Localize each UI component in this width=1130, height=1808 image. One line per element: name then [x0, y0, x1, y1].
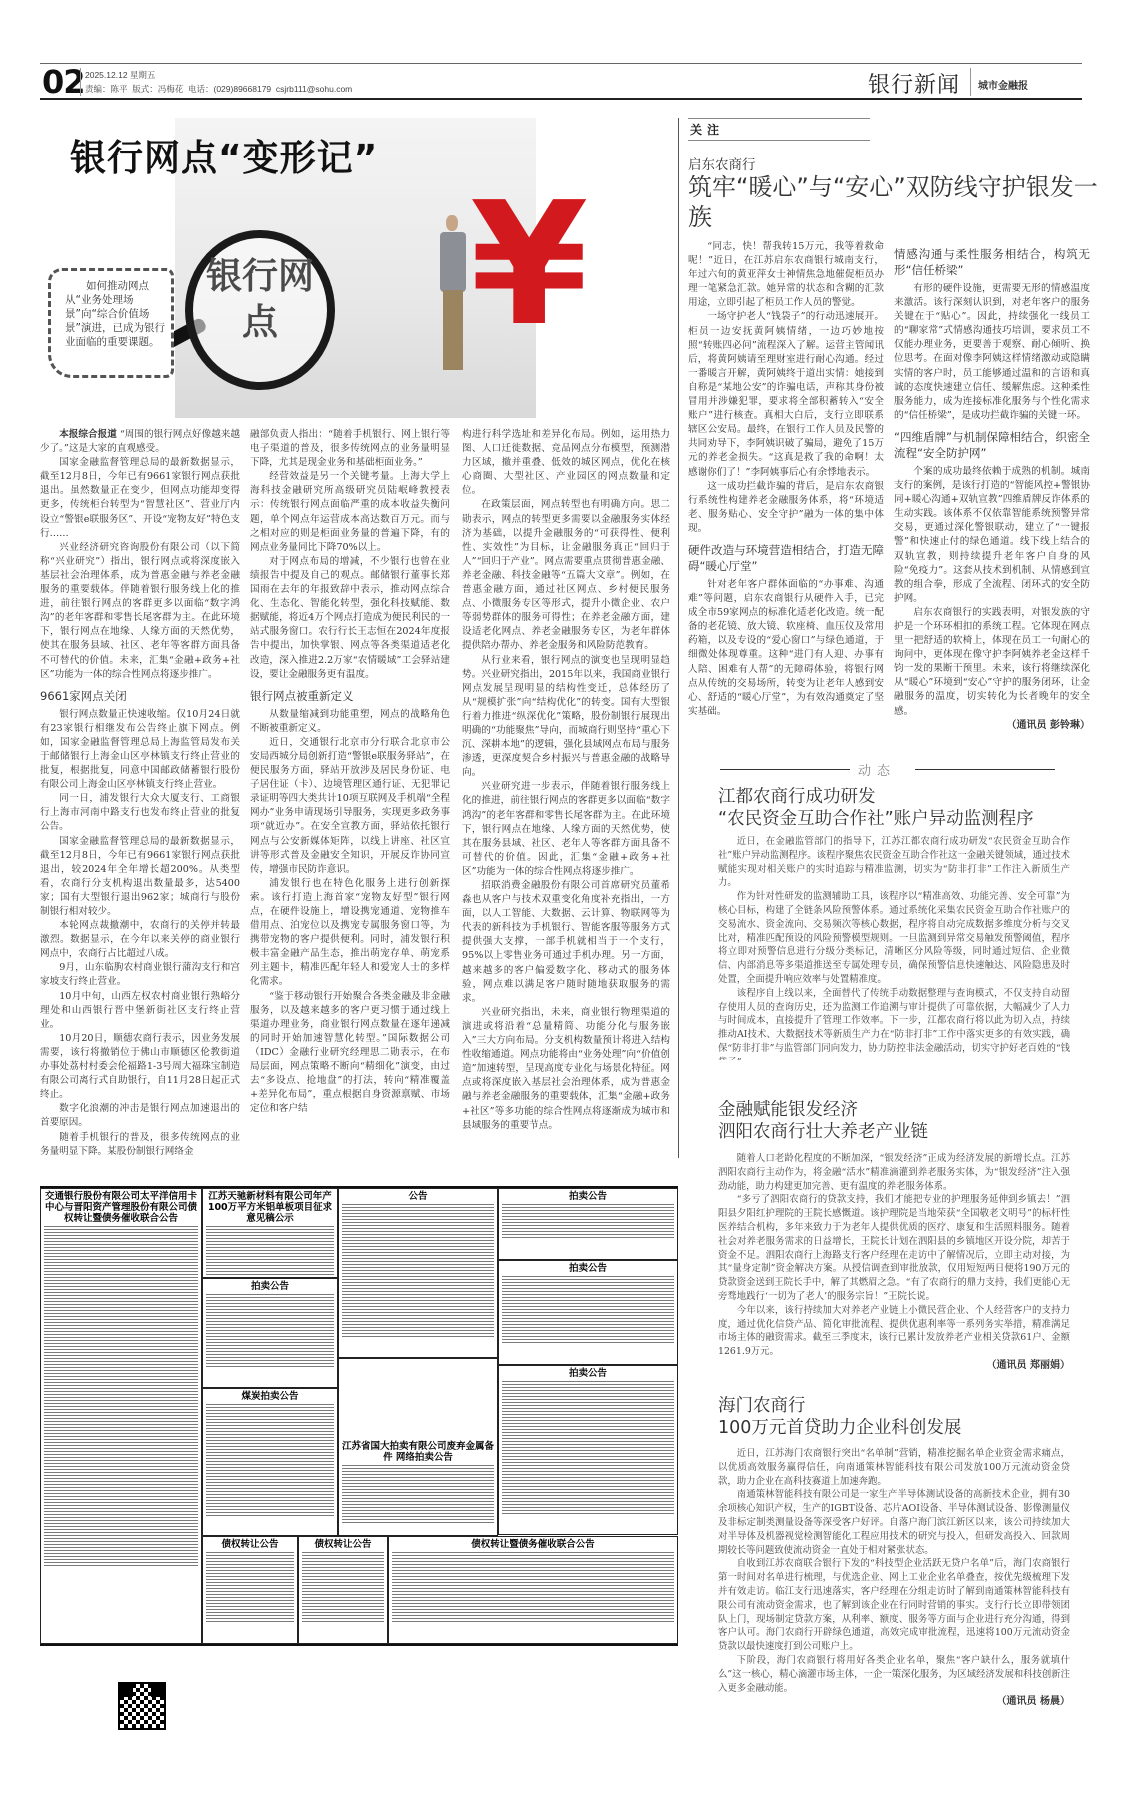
ad-notice: 债权转让暨债务催收联合公告 [388, 1536, 678, 1644]
classified-ads-block: 交通银行股份有限公司太平洋信用卡中心与晋阳资产管理股份有限公司债权转让暨债务催收… [40, 1186, 678, 1646]
editor: 责编：陈平 [85, 84, 128, 94]
ad-notice: 江苏天驰新材料有限公司年产100万平方米铝单板项目征求意见稿公示 [202, 1188, 338, 1278]
ad-notice: 债权转让公告 [298, 1536, 388, 1644]
dynamics-rule-left [720, 769, 850, 770]
subhead: 硬件改造与环境营造相结合，打造无障碍“暖心厅堂” [688, 542, 884, 574]
email-link[interactable]: csjrb111@sohu.com [276, 84, 352, 94]
feature-column-3: 构进行科学选址和差异化布局。例如，运用热力图、人口迁徙数据、竞品网点分布模型，预… [462, 428, 670, 1180]
ad-notice: 拍卖公告 [498, 1188, 678, 1260]
editor-info: 责编：陈平 版式：冯梅花 电话：(029)89668179 csjrb111@s… [85, 83, 352, 95]
figurine-legs [443, 290, 463, 370]
figurine-body [440, 232, 466, 292]
ad-notice: 公告 [338, 1188, 498, 1358]
tag-rule-bottom [688, 140, 870, 141]
tag-rule-top [688, 118, 870, 119]
yen-symbol-icon: ¥ [470, 180, 588, 350]
dyn-headline-2: 金融赋能银发经济 泗阳农商行壮大养老产业链 [718, 1099, 1130, 1143]
issue-date: 2025.12.12 星期五 [85, 69, 155, 81]
ad-notice: 煤炭拍卖公告 [202, 1388, 338, 1536]
dyn-article-3-body: 近日，江苏海门农商银行突出“名单制”营销，精准挖掘名单企业资金需求痛点，以优质高… [718, 1447, 1070, 1737]
feature-column-1: 本报综合报道 “周围的银行网点好像越来越少了。”这是大家的直观感受。 国家金融监… [40, 428, 240, 1180]
focus-column-left: “同志，快！帮我转15万元，我等着救命呢！”近日，在江苏启东农商银行城南支行，年… [688, 240, 884, 740]
subhead: “四维盾牌”与机制保障相结合，织密全流程“安全防护网” [894, 429, 1090, 461]
ad-notice: 拍卖公告 [498, 1260, 678, 1365]
layout-designer: 版式：冯梅花 [132, 84, 183, 94]
subhead: 银行网点被重新定义 [250, 688, 450, 704]
page-number: 02 [42, 66, 85, 98]
qr-code-icon[interactable] [118, 1682, 166, 1730]
ad-notice: 拍卖公告 [202, 1278, 338, 1388]
header-bottom-rule [40, 98, 1082, 100]
section-tag: 关注 [690, 121, 724, 138]
byline: （通讯员 杨晨） [718, 1695, 1070, 1709]
subhead: 9661家网点关闭 [40, 688, 240, 704]
header-top-rule [40, 63, 1082, 64]
subhead: 情感沟通与柔性服务相结合，构筑无形“信任桥梁” [894, 246, 1090, 278]
dyn-headline-1: 江都农商行成功研发 “农民资金互助合作社”账户异动监测程序 [718, 786, 1130, 830]
dynamics-rule-right [915, 769, 1055, 770]
dyn-article-2-body: 随着人口老龄化程度的不断加深，“银发经济”正成为经济发展的新增长点。江苏泗阳农商… [718, 1152, 1070, 1380]
ad-notice: 交通银行股份有限公司太平洋信用卡中心与晋阳资产管理股份有限公司债权转让暨债务催收… [40, 1188, 202, 1644]
figurine-head [446, 215, 458, 231]
magnifier-label: 银行网点 [205, 254, 315, 346]
dyn-headline-3: 海门农商行 100万元首贷助力企业科创发展 [718, 1395, 1130, 1439]
column-rule [678, 118, 679, 1158]
feature-headline: 银行网点“变形记” [70, 130, 378, 181]
lead-label: 本报综合报道 [59, 429, 117, 440]
ad-notice: 债权转让公告 [202, 1536, 298, 1644]
ad-notice: 拍卖公告 [498, 1365, 678, 1535]
section-title: 银行新闻 [868, 68, 960, 99]
newspaper-name: 城市金融报 [978, 77, 1028, 92]
byline: （通讯员 郑丽娟） [718, 1359, 1070, 1373]
feature-column-2: 融部负责人指出：“随着手机银行、网上银行等电子渠道的普及，很多传统网点的业务量明… [250, 428, 450, 1180]
feature-callout: 如何推动网点从“业务处理场景”向“综合价值场景”演进，已成为银行业面临的重要课题… [48, 268, 174, 378]
ad-notice: 江苏省国大拍卖有限公司废弃金属备件 网络拍卖公告 [338, 1358, 498, 1536]
focus-kicker: 启东农商行 [688, 153, 756, 173]
focus-column-right: 情感沟通与柔性服务相结合，构筑无形“信任桥梁” 有形的硬件设施，更需要无形的情感… [894, 240, 1090, 730]
phone: 电话：(029)89668179 [188, 84, 271, 94]
dyn-article-1-body: 近日，在金融监管部门的指导下，江苏江都农商行成功研发“农民资金互助合作社”账户异… [718, 835, 1070, 1060]
header-divider-right [970, 68, 971, 96]
focus-headline: 筑牢“暖心”与“安心”双防线守护银发一族 [688, 172, 1108, 232]
header-divider [80, 68, 81, 96]
dynamics-label: 动态 [858, 760, 896, 779]
byline: （通讯员 彭铃琳） [894, 719, 1090, 730]
